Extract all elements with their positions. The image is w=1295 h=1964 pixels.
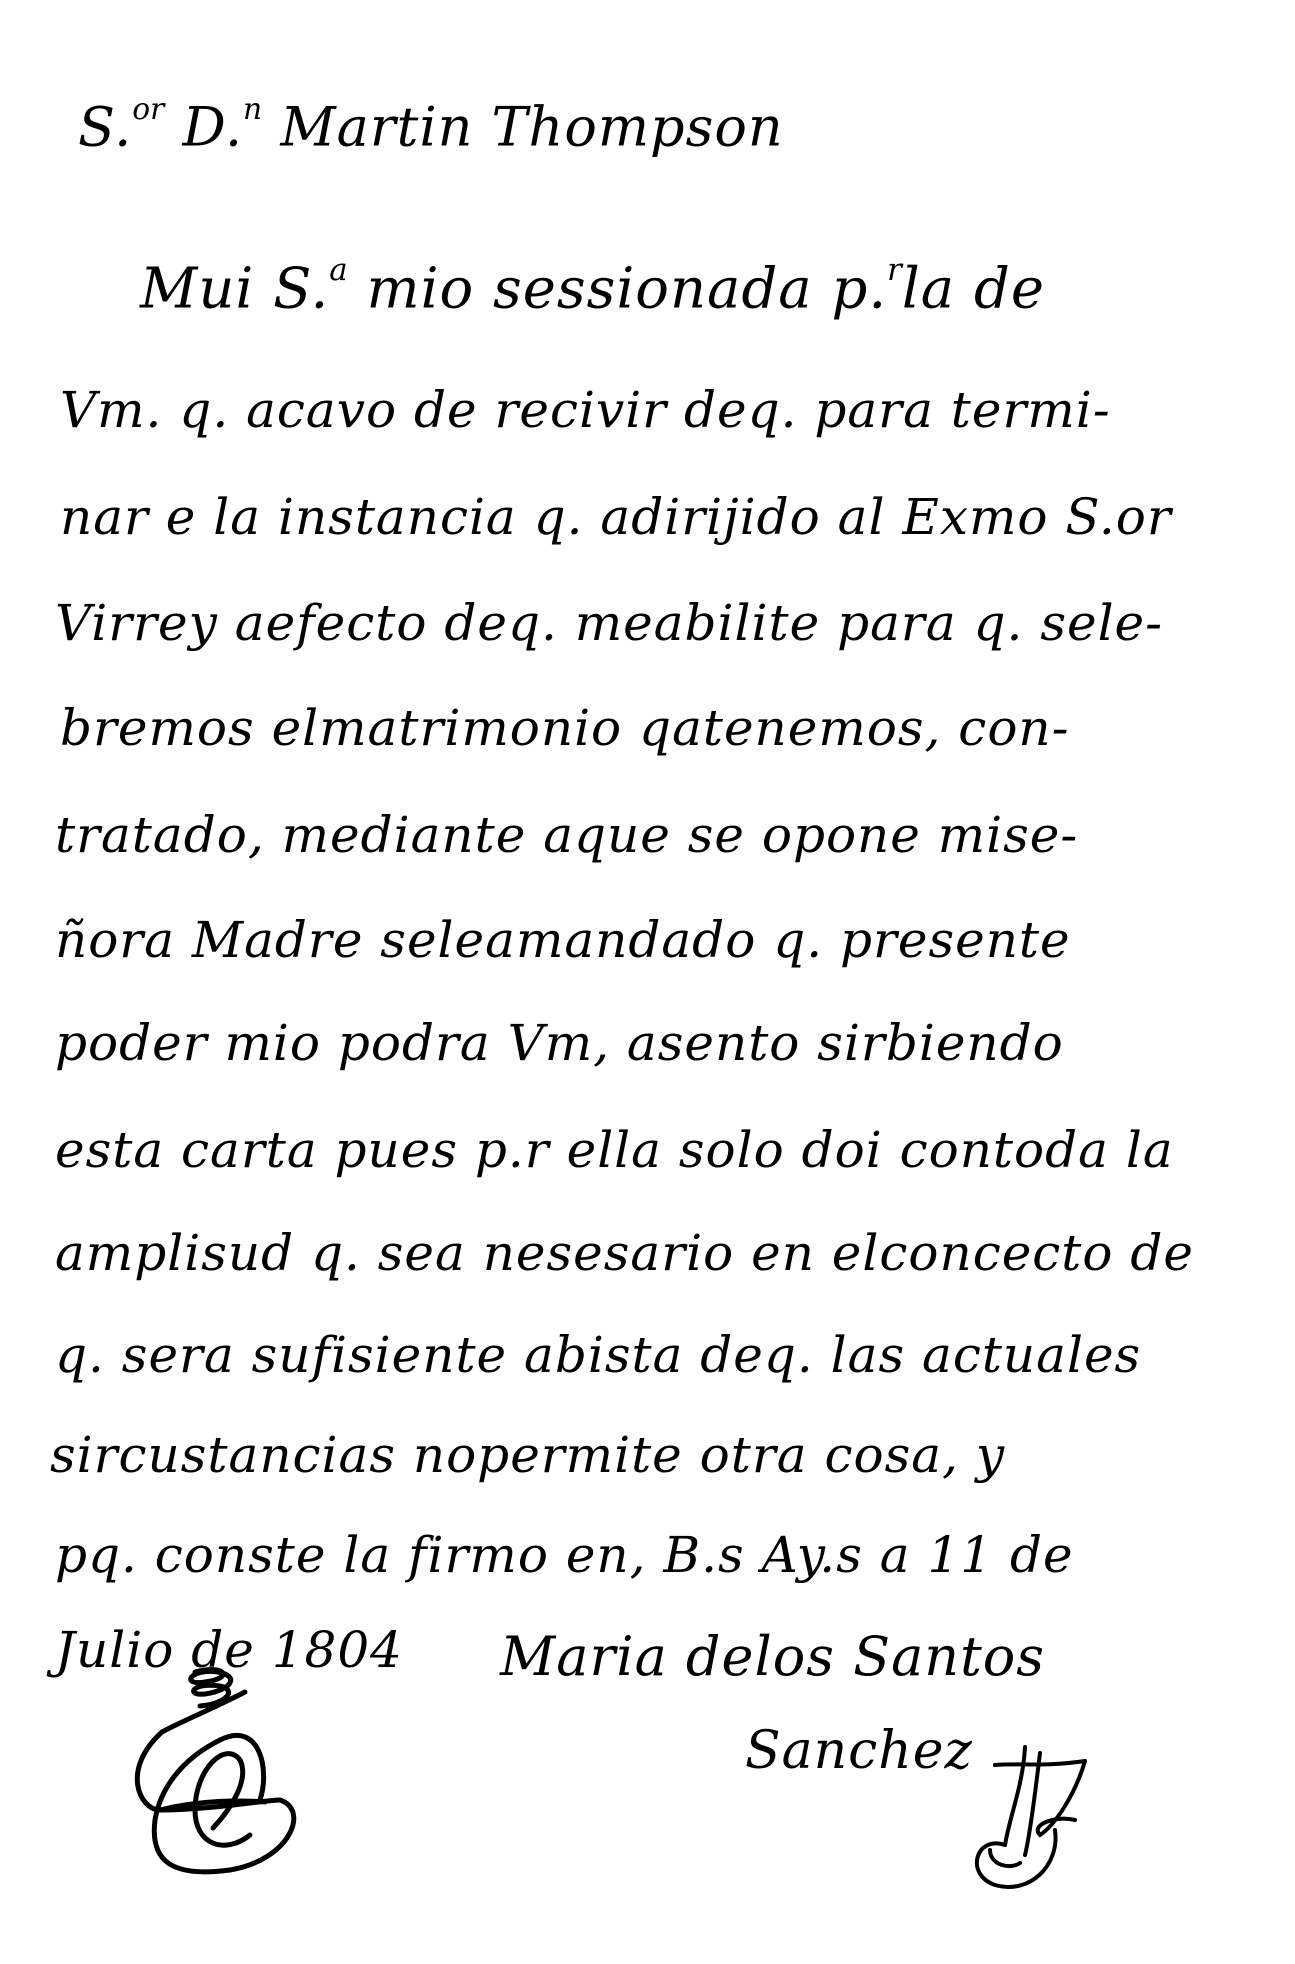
letter-page: S.or D.n Martin Thompson Mui S.a mio ses…: [0, 0, 1295, 1964]
salutation-line: Mui S.a mio sessionada p.rla de: [140, 255, 1045, 318]
salutation-tail: la de: [902, 257, 1045, 322]
right-rubric-flourish-icon: [935, 1725, 1105, 1895]
addressee-name: Martin Thompson: [280, 96, 783, 159]
salutation-rest-sup: r: [887, 252, 902, 288]
body-line: pq. conste la firmo en, B.s Ay.s a 11 de: [55, 1530, 1074, 1580]
body-line: esta carta pues p.r ella solo doi contod…: [55, 1125, 1174, 1175]
body-line: bremos elmatrimonio qatenemos, con-: [60, 703, 1070, 753]
salutation-prefix-sup: a: [329, 252, 347, 288]
signature-given-names: Maria delos Santos: [500, 1630, 1045, 1684]
body-line: Virrey aefecto deq. meabilite para q. se…: [55, 598, 1163, 648]
body-line: Vm. q. acavo de recivir deq. para termi-: [60, 385, 1111, 435]
honorific-senor: S.: [78, 96, 132, 159]
honorific-don: D.: [182, 96, 243, 159]
body-line: amplisud q. sea nesesario en elconcecto …: [55, 1228, 1194, 1278]
addressee-heading: S.or D.n Martin Thompson: [78, 95, 784, 155]
body-line: sircustancias nopermite otra cosa, y: [50, 1430, 1005, 1480]
body-line: tratado, mediante aque se opone mise-: [55, 810, 1078, 860]
salutation-rest: mio sessionada p.: [366, 257, 887, 322]
body-line: q. sera sufisiente abista deq. las actua…: [55, 1330, 1141, 1380]
left-rubric-flourish-icon: [100, 1660, 400, 1900]
honorific-don-sup: n: [243, 92, 262, 127]
salutation-prefix: Mui S.: [140, 257, 329, 322]
honorific-senor-sup: or: [132, 92, 164, 127]
body-line: nar e la instancia q. adirijido al Exmo …: [60, 492, 1172, 542]
body-line: poder mio podra Vm, asento sirbiendo: [55, 1018, 1064, 1068]
body-line: ñora Madre seleamandado q. presente: [55, 915, 1071, 965]
